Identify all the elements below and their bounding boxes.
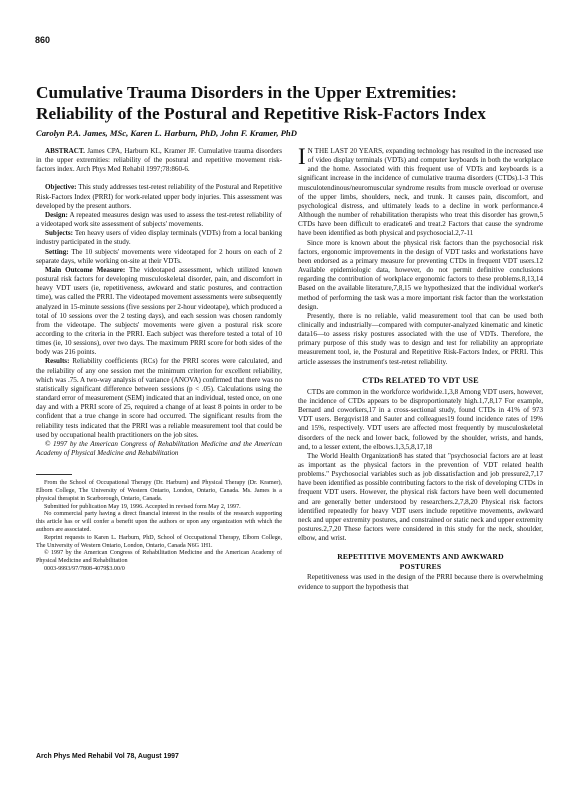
abstract-copyright: © 1997 by the American Congress of Rehab… [36,440,282,458]
abstract-column: ABSTRACT. James CPA, Harburn KL, Kramer … [36,147,282,574]
abstract-label: ABSTRACT. [45,147,85,155]
footnote-affiliation: From the School of Occupational Therapy … [36,480,282,503]
section-text: Reliability coefficients (RCs) for the P… [36,357,282,438]
footnote-code: 0003-9993/97/7808-4079$3.00/0 [36,566,282,574]
abstract-citation: ABSTRACT. James CPA, Harburn KL, Kramer … [36,147,282,174]
author-list: Carolyn P.A. James, MSc, Karen L. Harbur… [36,128,297,138]
section-label: Objective: [45,183,77,191]
section1-paragraph-1: CTDs are common in the workforce worldwi… [298,388,543,452]
footnote-divider [36,474,72,475]
footnote-copyright: © 1997 by the American Congress of Rehab… [36,550,282,566]
section-label: Setting: [45,248,69,256]
intro-lead-caps: N THE LAST 20 YEARS, [308,147,384,155]
intro-paragraph-3: Presently, there is no reliable, valid m… [298,312,543,367]
abstract-design: Design: A repeated measures design was u… [36,211,282,229]
footnote-disclosure: No commercial party having a direct fina… [36,511,282,534]
section-label: Results: [45,357,69,365]
article-title: Cumulative Trauma Disorders in the Upper… [36,82,556,124]
abstract-setting: Setting: The 10 subjects' movements were… [36,248,282,266]
footnote-reprint: Reprint requests to Karen L. Harburn, Ph… [36,535,282,551]
intro-paragraph-1: IN THE LAST 20 YEARS, expanding technolo… [298,147,543,239]
section-text: Ten heavy users of video display termina… [36,229,282,246]
title-line-2: Reliability of the Postural and Repetiti… [36,103,556,124]
section-text: The 10 subjects' movements were videotap… [36,248,282,265]
abstract-objective: Objective: This study addresses test-ret… [36,183,282,210]
body-column: IN THE LAST 20 YEARS, expanding technolo… [298,147,543,592]
section2-paragraph-1: Repetitiveness was used in the design of… [298,573,543,591]
abstract-main-outcome: Main Outcome Measure: The videotaped ass… [36,266,282,358]
footnotes: From the School of Occupational Therapy … [36,480,282,574]
section-heading-ctds-vdt: CTDs RELATED TO VDT USE [298,375,543,386]
title-line-1: Cumulative Trauma Disorders in the Upper… [36,82,556,103]
section-label: Main Outcome Measure: [45,266,125,274]
section-text: A repeated measures design was used to a… [36,211,282,228]
page-number: 860 [35,35,50,45]
section-text: The videotaped assessment, which utilize… [36,266,282,356]
intro-paragraph-2: Since more is known about the physical r… [298,239,543,312]
abstract-subjects: Subjects: Ten heavy users of video displ… [36,229,282,247]
section-heading-repetitive-movements: REPETITIVE MOVEMENTS AND AWKWARD POSTURE… [298,552,543,571]
heading-line-1: REPETITIVE MOVEMENTS AND AWKWARD [298,552,543,562]
heading-line-2: POSTURES [298,562,543,572]
drop-cap: I [298,148,306,166]
abstract-results: Results: Reliability coefficients (RCs) … [36,357,282,439]
journal-footer: Arch Phys Med Rehabil Vol 78, August 199… [36,753,179,760]
intro-text: expanding technology has resulted in the… [298,147,543,237]
section-label: Subjects: [45,229,73,237]
section1-paragraph-2: The World Health Organization8 has state… [298,452,543,544]
section-label: Design: [45,211,68,219]
